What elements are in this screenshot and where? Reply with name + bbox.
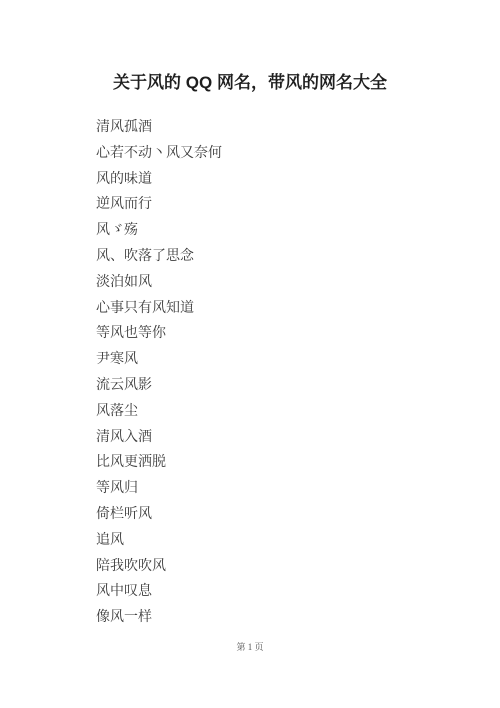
list-item: 比风更洒脱 xyxy=(96,450,436,476)
page-number: 第 1 页 xyxy=(0,641,500,653)
list-item: 流云风影 xyxy=(96,373,436,399)
nickname-list: 清风孤酒 心若不动丶风又奈何 风的味道 逆风而行 风ゞ殇 风、吹落了思念 淡泊如… xyxy=(96,115,436,631)
list-item: 清风入酒 xyxy=(96,425,436,451)
list-item: 风、吹落了思念 xyxy=(96,244,436,270)
list-item: 倚栏听风 xyxy=(96,502,436,528)
list-item: 追风 xyxy=(96,528,436,554)
list-item: 等风也等你 xyxy=(96,321,436,347)
list-item: 心事只有风知道 xyxy=(96,296,436,322)
list-item: 风落尘 xyxy=(96,399,436,425)
list-item: 心若不动丶风又奈何 xyxy=(96,141,436,167)
list-item: 等风归 xyxy=(96,476,436,502)
list-item: 清风孤酒 xyxy=(96,115,436,141)
document-page: 关于风的 QQ 网名，带风的网名大全 清风孤酒 心若不动丶风又奈何 风的味道 逆… xyxy=(0,0,500,708)
list-item: 淡泊如风 xyxy=(96,270,436,296)
list-item: 风的味道 xyxy=(96,167,436,193)
list-item: 风中叹息 xyxy=(96,579,436,605)
list-item: 风ゞ殇 xyxy=(96,218,436,244)
list-item: 像风一样 xyxy=(96,605,436,631)
list-item: 逆风而行 xyxy=(96,192,436,218)
list-item: 尹寒风 xyxy=(96,347,436,373)
list-item: 陪我吹吹风 xyxy=(96,554,436,580)
page-title: 关于风的 QQ 网名，带风的网名大全 xyxy=(0,74,500,91)
